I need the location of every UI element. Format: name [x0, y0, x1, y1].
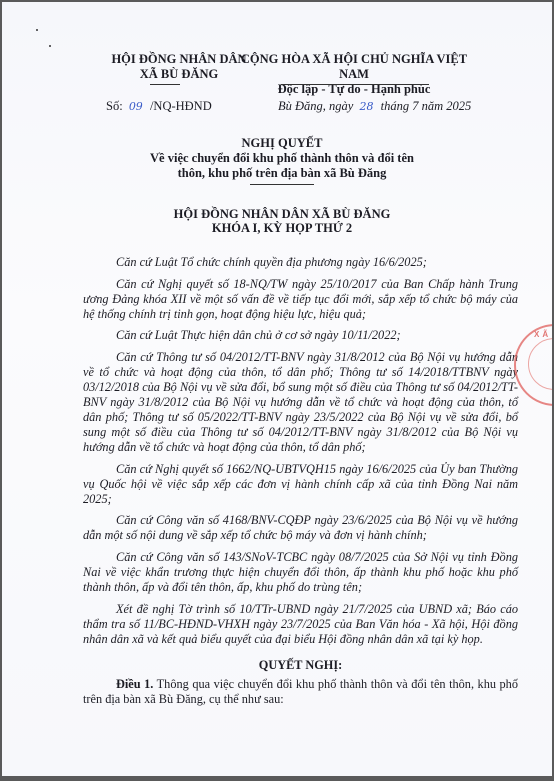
doc-type: NGHỊ QUYẾT: [82, 136, 482, 151]
motto-underline: [281, 84, 429, 85]
legal-basis-6: Căn cứ Công văn số 4168/BNV-CQĐP ngày 23…: [83, 513, 518, 543]
title-underline: [250, 184, 314, 185]
legal-basis-1: Căn cứ Luật Tổ chức chính quyền địa phươ…: [83, 255, 518, 270]
subject-line-2: thôn, khu phố trên địa bàn xã Bù Đăng: [82, 166, 482, 181]
legal-basis-7: Căn cứ Công văn số 143/SNoV-TCBC ngày 08…: [83, 550, 518, 595]
document-body: Căn cứ Luật Tổ chức chính quyền địa phươ…: [83, 255, 518, 714]
document-number: Số: 09 /NQ-HĐND: [106, 99, 212, 114]
council-line-1: HỘI ĐỒNG NHÂN DÂN XÃ BÙ ĐĂNG: [82, 207, 482, 221]
handwritten-day: 28: [356, 100, 377, 113]
nation-line-1: CỘNG HÒA XÃ HỘI CHỦ NGHĨA VIỆT NAM: [234, 52, 474, 82]
place-and-date: Bù Đăng, ngày 28 tháng 7 năm 2025: [278, 99, 471, 114]
article-1: Điều 1. Thông qua việc chuyển đổi khu ph…: [83, 677, 518, 707]
subject-line-1: Về việc chuyển đổi khu phố thành thôn và…: [82, 151, 482, 166]
legal-basis-5: Căn cứ Nghị quyết số 1662/NQ-UBTVQH15 ng…: [83, 462, 518, 507]
place-suffix: tháng 7 năm 2025: [381, 99, 472, 113]
number-suffix: /NQ-HĐND: [150, 99, 212, 113]
document-title: NGHỊ QUYẾT Về việc chuyển đổi khu phố th…: [82, 136, 482, 181]
article-1-label: Điều 1.: [116, 677, 153, 691]
decision-heading: QUYẾT NGHỊ:: [83, 658, 518, 673]
legal-basis-3: Căn cứ Luật Thực hiện dân chủ ở cơ sở ng…: [83, 328, 518, 343]
scan-speck: [36, 29, 38, 31]
legal-basis-2: Căn cứ Nghị quyết số 18-NQ/TW ngày 25/10…: [83, 277, 518, 322]
legal-basis-8: Xét đề nghị Tờ trình số 10/TTr-UBND ngày…: [83, 602, 518, 647]
national-motto: CỘNG HÒA XÃ HỘI CHỦ NGHĨA VIỆT NAM Độc l…: [234, 52, 474, 97]
scan-speck: [49, 45, 51, 47]
council-line-2: KHÓA I, KỲ HỌP THỨ 2: [82, 221, 482, 235]
seal-text: XÃ BÙ Đ: [534, 330, 552, 339]
place-prefix: Bù Đăng, ngày: [278, 99, 353, 113]
legal-basis-4: Căn cứ Thông tư số 04/2012/TT-BNV ngày 3…: [83, 350, 518, 455]
agency-underline: [150, 84, 180, 85]
number-prefix: Số:: [106, 99, 123, 113]
document-page: HỘI ĐỒNG NHÂN DÂN XÃ BÙ ĐĂNG CỘNG HÒA XÃ…: [2, 2, 552, 776]
handwritten-number: 09: [126, 100, 147, 113]
red-official-seal: XÃ BÙ Đ: [514, 324, 552, 406]
council-heading: HỘI ĐỒNG NHÂN DÂN XÃ BÙ ĐĂNG KHÓA I, KỲ …: [82, 207, 482, 235]
